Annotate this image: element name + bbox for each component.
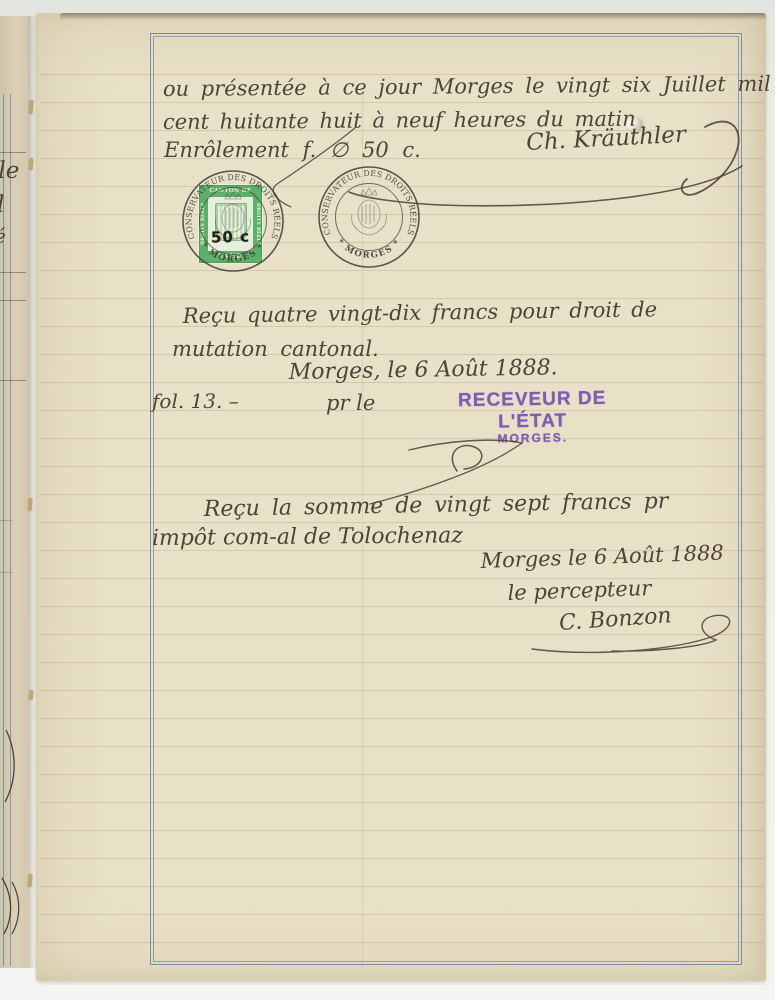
svg-text:CONSERVATEUR DES DROITS RÉELS: CONSERVATEUR DES DROITS RÉELS — [320, 169, 417, 237]
receipt-communal-line-2: impôt com-al de Tolochenaz — [152, 523, 463, 551]
receipt-cantonal-dateline: Morges, le 6 Août 1888. — [289, 355, 558, 385]
conservateur-seal-right: CONSERVATEUR DES DROITS RÉELS * MORGES * — [314, 162, 424, 272]
entry-line-3: Enrôlement f. ∅ 50 c. — [164, 138, 421, 162]
coat-of-arms-icon — [352, 188, 387, 235]
receveur-stamp-line-1: RECEVEUR DE L'ÉTAT — [425, 387, 641, 435]
receveur-etat-stamp: RECEVEUR DE L'ÉTAT MORGES. — [425, 387, 641, 447]
svg-text:CONSERVATEUR DES DROITS RÉELS: CONSERVATEUR DES DROITS RÉELS — [184, 173, 281, 241]
margin-rule-fragment — [0, 300, 26, 301]
margin-text-fragment: l — [0, 192, 4, 218]
seal-arc-bottom-text: * MORGES * — [335, 237, 403, 261]
page-top-shadow — [60, 13, 766, 20]
margin-rule-fragment — [0, 272, 26, 273]
folio-note: fol. 13. – — [152, 389, 239, 413]
scanned-document: lle l é ou présentée à ce jour Morges le… — [0, 0, 775, 1000]
percepteur-role: le percepteur — [507, 576, 652, 605]
facing-page-edge: lle l é — [0, 16, 28, 968]
binding-stitch — [29, 158, 34, 170]
conservateur-seal-left: CONSERVATEUR DES DROITS RÉELS * MORGES * — [178, 166, 288, 276]
coat-of-arms-icon — [216, 192, 251, 239]
margin-rule-fragment — [0, 380, 26, 381]
margin-rule-fragment — [0, 520, 13, 521]
margin-text-fragment: lle — [0, 158, 19, 184]
svg-text:* MORGES *: * MORGES * — [199, 241, 267, 265]
svg-text:* MORGES *: * MORGES * — [335, 237, 403, 261]
binding-stitch — [29, 690, 34, 700]
receipt-cantonal-line-2: mutation cantonal. — [172, 337, 379, 361]
seal-arc-bottom-text: * MORGES * — [199, 241, 267, 265]
margin-rule-fragment — [0, 152, 26, 153]
seal-arc-top-text: CONSERVATEUR DES DROITS RÉELS — [184, 173, 281, 241]
margin-rule-fragment — [0, 572, 13, 573]
seal-arc-top-text: CONSERVATEUR DES DROITS RÉELS — [320, 169, 417, 237]
margin-text-fragment: é — [0, 224, 6, 248]
margin-pen-strokes-icon — [0, 716, 24, 956]
pour-le-note: pr le — [326, 391, 375, 415]
